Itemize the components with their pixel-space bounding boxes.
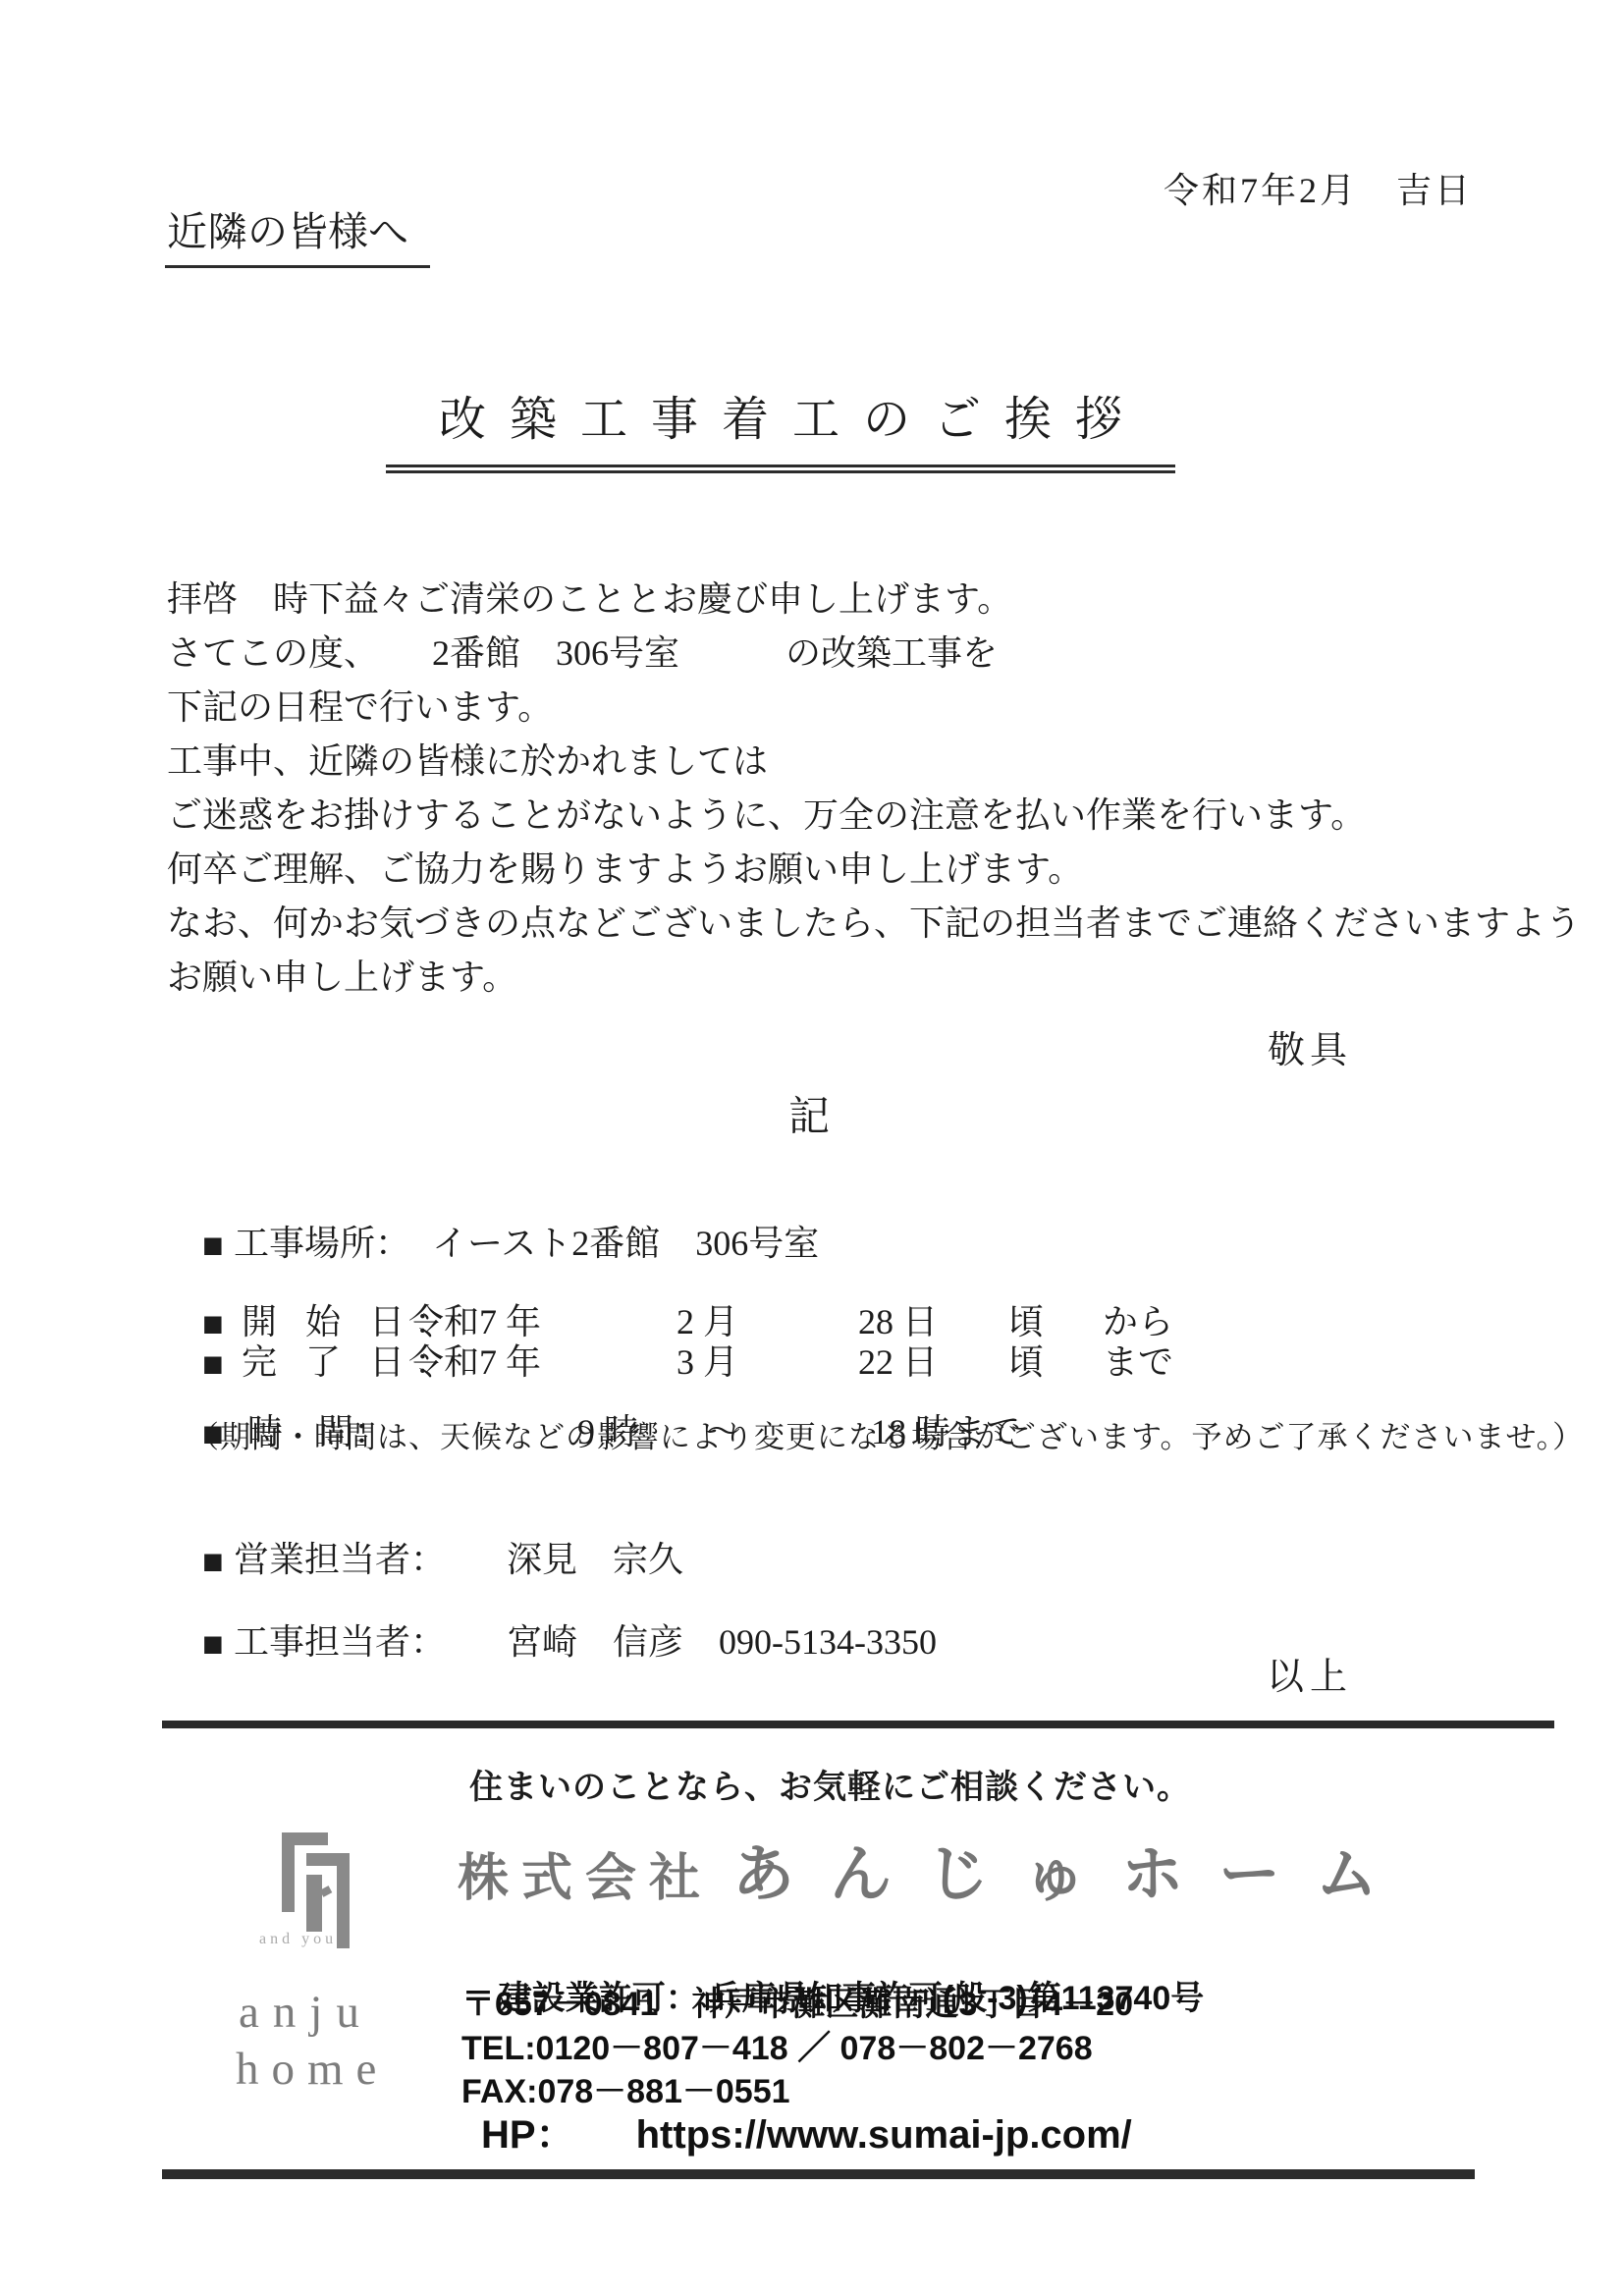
body-line: 工事中、近隣の皆様に於かれましては — [167, 735, 1561, 789]
company-name-line: 株式会社あんじゅホーム — [458, 1825, 1413, 1914]
company-prefix: 株式会社 — [458, 1850, 713, 1907]
works-rep-line: ■工事担当者：宮崎 信彦 090-5134-3350 — [167, 1573, 937, 1706]
body-line: なお、何かお気づきの点などございましたら、下記の担当者までご連絡くださいますよう — [167, 897, 1561, 951]
closing-keigu: 敬具 — [1268, 1019, 1352, 1073]
hp-label: HP： — [481, 2113, 575, 2157]
works-rep-label: 工事担当者： — [234, 1614, 507, 1665]
body-line: さてこの度、 2番館 306号室 の改築工事を — [167, 627, 1561, 681]
tel-line: TEL:0120－807－418 ／ 078－802－2768 — [461, 2021, 1093, 2069]
footer-divider-top — [162, 1721, 1554, 1728]
catchphrase: 住まいのことなら、お気軽にご相談ください。 — [469, 1760, 1191, 1808]
end-marker: 以上 — [1267, 1646, 1353, 1700]
works-rep-name-phone: 宮崎 信彦 090-5134-3350 — [507, 1614, 937, 1665]
footer-divider-bottom — [162, 2169, 1475, 2179]
body-line: 拝啓 時下益々ご清栄のこととお慶び申し上げます。 — [167, 573, 1561, 627]
letter-title: 改築工事着工のご挨拶 — [439, 394, 1146, 446]
logo-text-anju: anju — [239, 1986, 373, 2039]
record-marker: 記 — [0, 1084, 1624, 1143]
body-line: ご迷惑をお掛けすることがないように、万全の注意を払い作業を行います。 — [167, 789, 1561, 843]
addressee: 近隣の皆様へ — [165, 199, 430, 268]
logo-text-home: home — [236, 2043, 389, 2096]
logo-tagline: and you — [259, 1931, 337, 1948]
body-line: お願い申し上げます。 — [167, 951, 1561, 1005]
body-line: 下記の日程で行います。 — [167, 681, 1561, 735]
hp-url: https://www.sumai-jp.com/ — [636, 2113, 1132, 2157]
logo-shape — [282, 1832, 328, 1845]
address-line: 〒657－0841 神戸市灘区灘南通3丁目4－20 — [461, 1977, 1133, 2025]
letter-title-underline: 改築工事着工のご挨拶 — [386, 381, 1175, 473]
date-line: 令和7年2月 吉日 — [1164, 163, 1473, 213]
square-bullet-icon: ■ — [202, 1623, 234, 1665]
end-tail: まで — [1103, 1335, 1173, 1385]
logo-shape — [306, 1875, 322, 1932]
end-approx: 頃 — [1008, 1335, 1103, 1385]
hp-line: HP：https://www.sumai-jp.com/ — [481, 2104, 1132, 2159]
letter-body: 拝啓 時下益々ご清栄のこととお慶び申し上げます。 さてこの度、 2番館 306号… — [167, 573, 1561, 1005]
body-line: 何卒ご理解、ご協力を賜りますようお願い申し上げます。 — [167, 843, 1561, 897]
logo-shape — [337, 1853, 350, 1948]
schedule-note: （期間・時間は、天候などの影響により変更になる場合がございます。予めご了承くださ… — [189, 1412, 1584, 1456]
letter-page: 令和7年2月 吉日 近隣の皆様へ 改築工事着工のご挨拶 拝啓 時下益々ご清栄のこ… — [0, 0, 1624, 2296]
company-name: あんじゅホーム — [732, 1840, 1413, 1909]
